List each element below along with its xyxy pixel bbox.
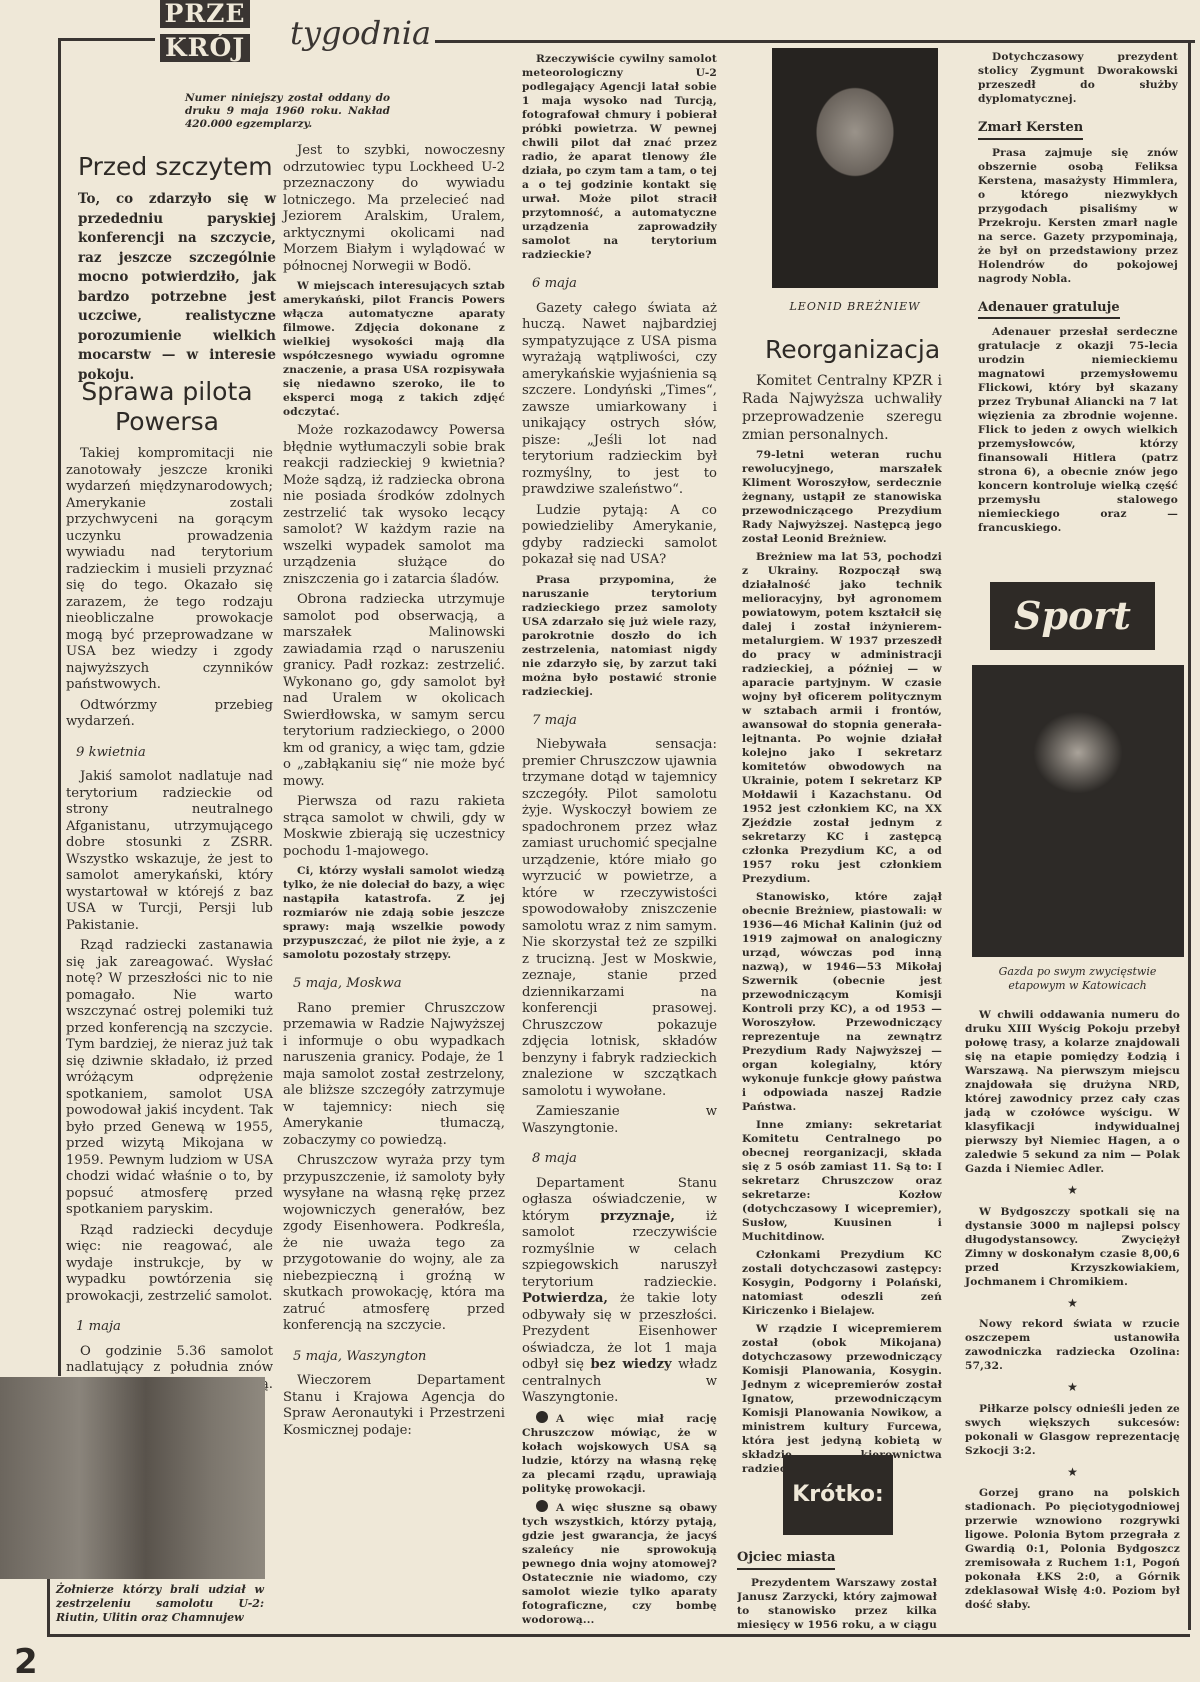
frame-rule (150, 1634, 1190, 1637)
article-column-4: Komitet Centralny KPZR i Rada Najwyższa … (742, 372, 942, 1480)
article-column-3: Rzeczywiście cywilny samolot meteorologi… (522, 52, 717, 1631)
sport-item: Piłkarze polscy odnieśli jeden ze swych … (965, 1402, 1180, 1458)
paragraph: Ludzie pytają: A co powiedzieliby Ameryk… (522, 503, 717, 569)
section-title: tygodnia (290, 14, 435, 52)
sport-column: W chwili oddawania numeru do druku XIII … (965, 1008, 1180, 1616)
date-heading: 8 maja (532, 1151, 717, 1168)
paragraph: Gazety całego świata aż huczą. Nawet naj… (522, 301, 717, 499)
paragraph: Może rozkazodawcy Powersa błędnie wytłum… (283, 423, 505, 588)
small-paragraph: Inne zmiany: sekretariat Komitetu Centra… (742, 1118, 942, 1244)
star-separator-icon: ★ (965, 1295, 1180, 1312)
small-paragraph: Członkami Prezydium KC zostali dotychcza… (742, 1248, 942, 1318)
lead-paragraph: Komitet Centralny KPZR i Rada Najwyższa … (742, 372, 942, 444)
bullet-paragraph: A więc słuszne są obawy tych wszystkich,… (522, 1500, 717, 1627)
print-info: Numer niniejszy został oddany do druku 9… (185, 92, 390, 131)
small-paragraph: Prasa przypomina, że naruszanie terytori… (522, 573, 717, 699)
sport-item: Gorzej grano na polskich stadionach. Po … (965, 1486, 1180, 1612)
date-heading: 9 kwietnia (76, 745, 273, 762)
small-paragraph: Ci, którzy wysłali samolot wiedzą tylko,… (283, 864, 505, 962)
star-separator-icon: ★ (965, 1182, 1180, 1199)
small-paragraph: Stanowisko, które zajął obecnie Breżniew… (742, 890, 942, 1114)
article-column-5: Dotychczasowy prezydent stolicy Zygmunt … (978, 50, 1178, 539)
article-column-2: Jest to szybki, nowoczesny odrzutowiec t… (283, 143, 505, 1443)
frame-rule (60, 38, 155, 41)
bullet-icon (536, 1411, 548, 1423)
frame-rule (47, 1575, 50, 1635)
logo-line-2: KRÓJ (160, 34, 250, 62)
page-number: 2 (14, 1642, 38, 1682)
sport-item: W chwili oddawania numeru do druku XIII … (965, 1008, 1180, 1176)
frame-rule (1188, 40, 1191, 1630)
paragraph: Jakiś samolot nadlatuje nad terytorium r… (66, 769, 273, 934)
paragraph: Wieczorem Departament Stanu i Krajowa Ag… (283, 1373, 505, 1439)
subhead-zmarl-kersten: Zmarł Kersten (978, 120, 1083, 140)
brezniew-portrait (772, 48, 938, 288)
small-paragraph: Prezydentem Warszawy został Janusz Zarzy… (737, 1576, 937, 1632)
paragraph: Zamieszanie w Waszyngtonie. (522, 1104, 717, 1137)
date-heading: 7 maja (532, 713, 717, 730)
frame-rule (58, 38, 61, 1376)
subhead-adenauer: Adenauer gratuluje (978, 300, 1120, 320)
paragraph: Odtwórzmy przebieg wydarzeń. (66, 698, 273, 731)
krotko-badge: Krótko: (783, 1455, 893, 1535)
date-heading: 5 maja, Waszyngton (293, 1349, 505, 1366)
paragraph: Niebywała sensacja: premier Chruszczow u… (522, 737, 717, 1100)
small-paragraph: 79-letni weteran ruchu rewolucyjnego, ma… (742, 448, 942, 546)
star-separator-icon: ★ (965, 1379, 1180, 1396)
cyclist-photo (972, 665, 1184, 957)
headline-sprawa-pilota: Sprawa pilota Powersa (62, 377, 272, 437)
article-column-1: Takiej kompromitacji nie zanotowały jesz… (66, 446, 273, 1398)
date-heading: 1 maja (76, 1319, 273, 1336)
sport-item: Nowy rekord świata w rzucie oszczepem us… (965, 1317, 1180, 1373)
masthead-rule (425, 40, 1195, 43)
soldiers-photo-caption: Żołnierze którzy brali udział w zestrzel… (56, 1583, 264, 1625)
small-paragraph: Prasa zajmuje się znów obszernie osobą F… (978, 146, 1178, 286)
headline-reorganizacja: Reorganizacja (765, 335, 940, 364)
paragraph: Chruszczow wyraża przy tym przypuszczeni… (283, 1153, 505, 1335)
star-separator-icon: ★ (965, 1464, 1180, 1481)
paragraph: Jest to szybki, nowoczesny odrzutowiec t… (283, 143, 505, 275)
date-heading: 5 maja, Moskwa (293, 976, 505, 993)
small-paragraph: Adenauer przesłał serdeczne gratulacje z… (978, 325, 1178, 535)
logo-line-1: PRZE (160, 0, 250, 28)
paragraph: Takiej kompromitacji nie zanotowały jesz… (66, 446, 273, 694)
bullet-icon (536, 1500, 548, 1512)
sport-badge: Sport (990, 582, 1155, 650)
date-heading: 6 maja (532, 276, 717, 293)
subhead-ojciec-miasta: Ojciec miasta (737, 1550, 835, 1570)
sport-item: W Bydgoszczy spotkali się na dystansie 3… (965, 1205, 1180, 1289)
paragraph: Departament Stanu ogłasza oświadczenie, … (522, 1176, 717, 1407)
soldiers-photo (0, 1377, 265, 1579)
paragraph: Rano premier Chruszczow przemawia w Radz… (283, 1001, 505, 1150)
przekroj-logo: PRZE KRÓJ (160, 0, 250, 68)
brezniew-caption: LEONID BREŻNIEW (772, 300, 938, 314)
przed-szczytem-lead: To, co zdarzyło się w przededniu paryski… (78, 190, 276, 385)
paragraph: Pierwsza od razu rakieta strąca samolot … (283, 794, 505, 860)
small-paragraph: Rzeczywiście cywilny samolot meteorologi… (522, 52, 717, 262)
ojciec-miasta-block: Ojciec miasta Prezydentem Warszawy zosta… (737, 1540, 937, 1636)
small-paragraph: W miejscach interesujących sztab ameryka… (283, 279, 505, 419)
frame-rule (47, 1634, 157, 1637)
bullet-paragraph: A więc miał rację Chruszczow mówiąc, że … (522, 1411, 717, 1496)
paragraph: Rząd radziecki decyduje więc: nie reagow… (66, 1223, 273, 1306)
small-paragraph: W rządzie I wicepremierem został (obok M… (742, 1322, 942, 1476)
cyclist-caption: Gazda po swym zwycięstwie etapowym w Kat… (975, 965, 1180, 993)
small-paragraph: Dotychczasowy prezydent stolicy Zygmunt … (978, 50, 1178, 106)
paragraph: Obrona radziecka utrzymuje samolot pod o… (283, 592, 505, 790)
paragraph: Rząd radziecki zastanawia się jak zareag… (66, 938, 273, 1219)
headline-przed-szczytem: Przed szczytem (78, 152, 273, 181)
small-paragraph: Breżniew ma lat 53, pochodzi z Ukrainy. … (742, 550, 942, 886)
